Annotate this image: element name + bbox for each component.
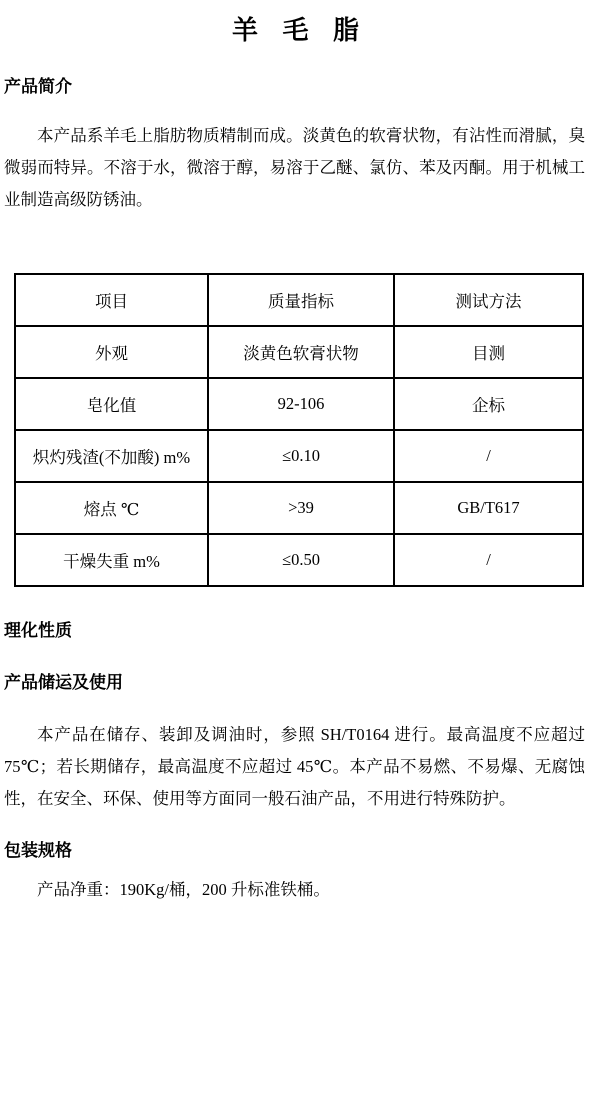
storage-use-paragraph: 本产品在储存、装卸及调油时，参照 SH/T0164 进行。最高温度不应超过75℃… — [4, 719, 585, 815]
cell-method: 企标 — [394, 378, 583, 430]
cell-value: 92-106 — [208, 378, 394, 430]
section-heading-packaging: 包装规格 — [0, 842, 591, 860]
cell-value: 淡黄色软膏状物 — [208, 326, 394, 378]
cell-value: ≤0.10 — [208, 430, 394, 482]
cell-value: ≤0.50 — [208, 534, 394, 586]
section-heading-product-intro: 产品简介 — [0, 78, 591, 96]
product-intro-paragraph: 本产品系羊毛上脂肪物质精制而成。淡黄色的软膏状物，有沾性而滑腻，臭微弱而特异。不… — [4, 120, 585, 216]
cell-item: 炽灼残渣(不加酸) m% — [15, 430, 208, 482]
cell-method: 目测 — [394, 326, 583, 378]
section-heading-physicochemical: 理化性质 — [0, 622, 591, 640]
cell-item: 熔点 ℃ — [15, 482, 208, 534]
table-row-saponification: 皂化值 92-106 企标 — [15, 378, 583, 430]
cell-method: GB/T617 — [394, 482, 583, 534]
column-header-test-method: 测试方法 — [394, 274, 583, 326]
cell-item: 干燥失重 m% — [15, 534, 208, 586]
document-page: 羊 毛 脂 产品简介 本产品系羊毛上脂肪物质精制而成。淡黄色的软膏状物，有沾性而… — [0, 0, 591, 1106]
table-row-ignition-residue: 炽灼残渣(不加酸) m% ≤0.10 / — [15, 430, 583, 482]
section-heading-storage-use: 产品储运及使用 — [0, 674, 591, 692]
table-row-melting-point: 熔点 ℃ >39 GB/T617 — [15, 482, 583, 534]
cell-method: / — [394, 430, 583, 482]
cell-item: 外观 — [15, 326, 208, 378]
cell-value: >39 — [208, 482, 394, 534]
column-header-quality-index: 质量指标 — [208, 274, 394, 326]
column-header-item: 项目 — [15, 274, 208, 326]
table-row-appearance: 外观 淡黄色软膏状物 目测 — [15, 326, 583, 378]
cell-method: / — [394, 534, 583, 586]
cell-item: 皂化值 — [15, 378, 208, 430]
spec-table-header-row: 项目 质量指标 测试方法 — [15, 274, 583, 326]
packaging-paragraph: 产品净重：190Kg/桶，200 升标准铁桶。 — [4, 874, 585, 906]
spec-table: 项目 质量指标 测试方法 外观 淡黄色软膏状物 目测 皂化值 92-106 企标… — [14, 273, 584, 587]
document-title: 羊 毛 脂 — [0, 16, 591, 46]
table-row-drying-loss: 干燥失重 m% ≤0.50 / — [15, 534, 583, 586]
